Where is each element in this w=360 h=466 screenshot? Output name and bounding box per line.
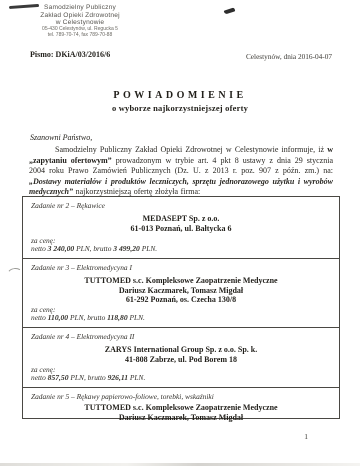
stamp-org-name-line2: Zakład Opieki Zdrowotnej [20, 12, 140, 20]
company-name: ZARYS International Group Sp. z o.o. Sp.… [23, 345, 339, 355]
page-number: 1 [304, 432, 308, 441]
price-block: za cenę: netto 110,00 PLN, brutto 118,80… [31, 306, 145, 323]
salutation: Szanowni Państwo, [30, 133, 92, 142]
task-row-3: Zadanie nr 3 – Elektromedycyna I TUTTOME… [23, 258, 339, 327]
price-block: za cenę: netto 857,50 PLN, brutto 926,11… [31, 366, 145, 383]
price-line: netto 3 240,00 PLN, brutto 3 499,20 PLN. [31, 245, 157, 254]
document-title: POWIADOMIENIE [0, 90, 360, 101]
task-label: Zadanie nr 4 – Elektromedycyna II [23, 328, 339, 341]
company-owners: Dariusz Kaczmarek, Tomasz Migdał [23, 413, 339, 423]
document-reference: Pismo: DKiA/03/2016/6 [30, 50, 110, 59]
company-name: TUTTOMED s.c. Kompleksowe Zaopatrzenie M… [23, 403, 339, 413]
brutto-value: 926,11 [108, 373, 128, 382]
organization-stamp: Samodzielny Publiczny Zakład Opieki Zdro… [20, 4, 140, 38]
company-address: 61-013 Poznań, ul. Bałtycka 6 [23, 224, 339, 234]
company-name: MEDASEPT Sp. z o.o. [23, 214, 339, 224]
price-line: netto 857,50 PLN, brutto 926,11 PLN. [31, 374, 145, 383]
netto-value: 857,50 [48, 373, 69, 382]
place-and-date: Celestynów, dnia 2016-04-07 [246, 52, 332, 61]
netto-value: 3 240,00 [48, 244, 75, 253]
brutto-value: 3 499,20 [113, 244, 140, 253]
task-row-5: Zadanie nr 5 – Rękawy papierowo-foliowe,… [23, 387, 339, 418]
body-text-1: Samodzielny Publiczny Zakład Opieki Zdro… [55, 145, 327, 154]
stamp-phone: tel. 789-70-74, fax 789-70-88 [20, 33, 140, 39]
company-address: 61-292 Poznań, os. Czecha 130/8 [23, 295, 339, 305]
winning-company: MEDASEPT Sp. z o.o. 61-013 Poznań, ul. B… [23, 214, 339, 233]
company-owners: Dariusz Kaczmarek, Tomasz Migdał [23, 286, 339, 296]
price-block: za cenę: netto 3 240,00 PLN, brutto 3 49… [31, 237, 157, 254]
task-results-table: Zadanie nr 2 – Rękawice MEDASEPT Sp. z o… [22, 196, 340, 419]
task-row-2: Zadanie nr 2 – Rękawice MEDASEPT Sp. z o… [23, 197, 339, 258]
pen-mark-top-right [224, 7, 236, 14]
body-paragraph: Samodzielny Publiczny Zakład Opieki Zdro… [29, 145, 333, 198]
document-title-block: POWIADOMIENIE o wyborze najkorzystniejsz… [0, 90, 360, 113]
brutto-value: 118,80 [107, 313, 127, 322]
scanned-letter-page: Samodzielny Publiczny Zakład Opieki Zdro… [0, 0, 360, 466]
task-label: Zadanie nr 3 – Elektromedycyna I [23, 259, 339, 272]
company-name: TUTTOMED s.c. Kompleksowe Zaopatrzenie M… [23, 276, 339, 286]
price-line: netto 110,00 PLN, brutto 118,80 PLN. [31, 314, 145, 323]
netto-value: 110,00 [48, 313, 68, 322]
winning-company: ZARYS International Group Sp. z o.o. Sp.… [23, 345, 339, 364]
company-address: 41-808 Zabrze, ul. Pod Borem 18 [23, 355, 339, 365]
stamp-org-name-line1: Samodzielny Publiczny [20, 4, 140, 12]
document-subtitle: o wyborze najkorzystniejszej oferty [0, 103, 360, 113]
winning-company: TUTTOMED s.c. Kompleksowe Zaopatrzenie M… [23, 403, 339, 422]
task-label: Zadanie nr 5 – Rękawy papierowo-foliowe,… [23, 388, 339, 401]
task-row-4: Zadanie nr 4 – Elektromedycyna II ZARYS … [23, 327, 339, 387]
winning-company: TUTTOMED s.c. Kompleksowe Zaopatrzenie M… [23, 276, 339, 305]
task-label: Zadanie nr 2 – Rękawice [23, 197, 339, 210]
